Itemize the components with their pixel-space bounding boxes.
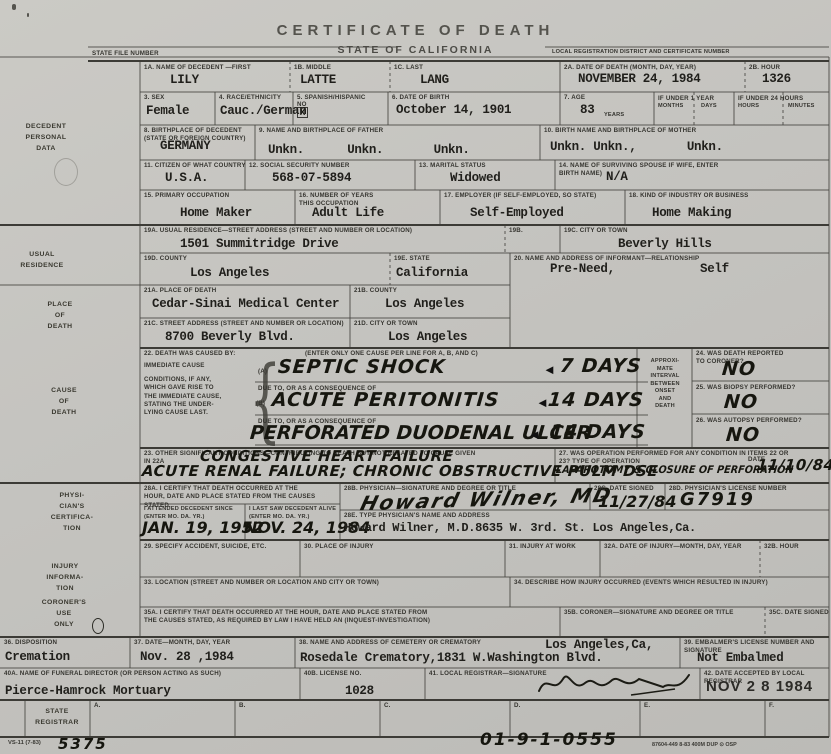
label-1a: 1A. NAME OF DECEDENT —FIRST xyxy=(144,64,251,72)
registrar-cell-d: D. xyxy=(514,702,521,710)
cause-a-interval: 7 DAYS xyxy=(559,355,643,377)
operation-date-value: 11/10/84 xyxy=(756,456,831,474)
label-19d: 19D. COUNTY xyxy=(144,255,187,263)
label-35b: 35B. CORONER—SIGNATURE AND DEGREE OR TIT… xyxy=(564,609,734,617)
label-4: 4. RACE/ETHNICITY xyxy=(219,94,281,102)
ink-specks xyxy=(12,4,16,10)
date-signed-value: 11/27/84 xyxy=(598,492,676,511)
label-1c: 1C. LAST xyxy=(394,64,423,72)
label-3: 3. SEX xyxy=(144,94,164,102)
label-31: 31. INJURY AT WORK xyxy=(509,543,576,551)
section-cause-of-death: CAUSE OF DEATH xyxy=(32,386,96,419)
label-41: 41. LOCAL REGISTRAR—SIGNATURE xyxy=(429,670,547,678)
race-value: Cauc./German xyxy=(220,104,306,118)
mother-name-value: Unkn. Unkn., Unkn. xyxy=(550,140,723,154)
residence-state-value: California xyxy=(396,266,468,280)
informant-relationship-value: Self xyxy=(700,262,729,276)
label-19e: 19E. STATE xyxy=(394,255,430,263)
registrar-cell-f: F. xyxy=(769,702,774,710)
crematory-name-value: Rosedale Crematory,1831 W.Washington Blv… xyxy=(300,651,602,665)
date-of-death: NOVEMBER 24, 1984 xyxy=(578,72,700,86)
decedent-last-name: LANG xyxy=(420,73,449,87)
label-21b: 21B. COUNTY xyxy=(354,287,397,295)
death-county-value: Los Angeles xyxy=(385,297,464,311)
registrar-cell-a: A. xyxy=(94,702,101,710)
label-17: 17. EMPLOYER (IF SELF-EMPLOYED, SO STATE… xyxy=(444,192,596,200)
cause-a-prefix: (A) xyxy=(258,368,267,376)
section-place-of-death: PLACE OF DEATH xyxy=(28,300,92,333)
biopsy-value: NO xyxy=(723,391,759,413)
label-19c: 19C. CITY OR TOWN xyxy=(564,227,628,235)
physician-name-address-value: Howard Wilner, M.D.8635 W. 3rd. St. Los … xyxy=(344,521,696,535)
disposition-value: Cremation xyxy=(5,650,70,664)
print-code: 87604-449 8-83 400M DUP ⊙ OSP xyxy=(652,742,737,748)
sex-value: Female xyxy=(146,104,189,118)
label-34: 34. DESCRIBE HOW INJURY OCCURRED (EVENTS… xyxy=(514,579,768,587)
label-29: 29. SPECIFY ACCIDENT, SUICIDE, ETC. xyxy=(144,543,267,551)
death-street-value: 8700 Beverly Blvd. xyxy=(165,330,295,344)
label-6: 6. DATE OF BIRTH xyxy=(392,94,449,102)
section-injury-information: INJURY INFORMA- TION xyxy=(26,562,104,595)
death-city-value: Los Angeles xyxy=(388,330,467,344)
label-36: 36. DISPOSITION xyxy=(4,639,57,647)
physician-license-value: G7919 xyxy=(680,489,755,510)
label-32a: 32A. DATE OF INJURY—MONTH, DAY, YEAR xyxy=(604,543,742,551)
label-22: 22. DEATH WAS CAUSED BY: xyxy=(144,350,236,358)
age-value: 83 xyxy=(580,103,594,117)
label-18: 18. KIND OF INDUSTRY OR BUSINESS xyxy=(629,192,749,200)
birthplace-value: GERMANY xyxy=(160,139,210,153)
informant-value: Pre-Need, xyxy=(550,262,615,276)
registrar-cell-c: C. xyxy=(384,702,391,710)
cause-b-prefix: (B) xyxy=(256,400,265,408)
label-immediate-cause: IMMEDIATE CAUSE xyxy=(144,362,205,370)
label-11: 11. CITIZEN OF WHAT COUNTRY xyxy=(144,162,246,170)
label-35c: 35C. DATE SIGNED xyxy=(769,609,829,617)
label-40a: 40A. NAME OF FUNERAL DIRECTOR (OR PERSON… xyxy=(4,670,221,678)
label-21a: 21A. PLACE OF DEATH xyxy=(144,287,216,295)
coroner-pen-mark xyxy=(92,618,104,634)
label-37: 37. DATE—MONTH, DAY, YEAR xyxy=(134,639,230,647)
label-months: MONTHS xyxy=(658,103,683,111)
label-35a: 35A. I CERTIFY THAT DEATH OCCURRED AT TH… xyxy=(144,609,544,626)
label-21d: 21D. CITY OR TOWN xyxy=(354,320,418,328)
label-32b: 32B. HOUR xyxy=(764,543,799,551)
label-19b: 19B. xyxy=(509,227,523,235)
state-file-number-label: STATE FILE NUMBER xyxy=(92,50,159,58)
funeral-director-value: Pierce-Hamrock Mortuary xyxy=(5,684,171,698)
label-30: 30. PLACE OF INJURY xyxy=(304,543,374,551)
label-33: 33. LOCATION (STREET AND NUMBER OR LOCAT… xyxy=(144,579,379,587)
date-accepted-stamp: NOV 2 8 1984 xyxy=(706,678,813,695)
reported-to-coroner-value: NO xyxy=(721,358,757,380)
cause-c-interval: 14 DAYS xyxy=(549,421,647,443)
marital-status-value: Widowed xyxy=(450,171,500,185)
label-38: 38. NAME AND ADDRESS OF CEMETERY OR CREM… xyxy=(299,639,481,647)
residence-city-value: Beverly Hills xyxy=(618,237,712,251)
label-28e: 28E. TYPE PHYSICIAN'S NAME AND ADDRESS xyxy=(344,512,490,520)
industry-value: Home Making xyxy=(652,206,731,220)
place-of-death-value: Cedar-Sinai Medical Center xyxy=(152,297,339,311)
cause-b-interval: 14 DAYS xyxy=(547,389,645,411)
residence-street-value: 1501 Summitridge Drive xyxy=(180,237,338,251)
ssn-value: 568-07-5894 xyxy=(272,171,351,185)
decedent-middle-name: LATTE xyxy=(300,73,336,87)
father-name-value: Unkn. Unkn. Unkn. xyxy=(268,143,470,157)
label-5: 5. SPANISH/HISPANIC xyxy=(297,94,366,102)
label-approx-interval: APPROXI- MATE INTERVAL BETWEEN ONSET AND… xyxy=(640,358,690,411)
occupation-value: Home Maker xyxy=(180,206,252,220)
cause-b-value: ACUTE PERITONITIS xyxy=(271,389,500,411)
death-certificate-scan: CERTIFICATE OF DEATH STATE OF CALIFORNIA… xyxy=(0,0,831,754)
hour-of-death: 1326 xyxy=(762,72,791,86)
section-usual-residence: USUAL RESIDENCE xyxy=(4,250,80,272)
label-15: 15. PRIMARY OCCUPATION xyxy=(144,192,229,200)
registrar-signature xyxy=(535,667,695,699)
label-7: 7. AGE xyxy=(564,94,585,102)
label-days: DAYS xyxy=(701,103,717,111)
date-of-birth-value: October 14, 1901 xyxy=(396,103,511,117)
registrar-cell-b: B. xyxy=(239,702,246,710)
cause-c-arrow-icon: ◄ xyxy=(528,428,541,441)
disposition-date-value: Nov. 28 ,1984 xyxy=(140,650,234,664)
section-state-registrar: STATE REGISTRAR xyxy=(26,707,88,729)
label-minutes: MINUTES xyxy=(788,103,815,111)
age-years-unit: YEARS xyxy=(604,112,624,120)
form-number: VS-11 (7-83) xyxy=(8,740,41,746)
handwritten-number-left: 5375 xyxy=(58,735,108,753)
label-9: 9. NAME AND BIRTHPLACE OF FATHER xyxy=(259,127,383,135)
section-physicians-certification: PHYSI- CIAN'S CERTIFICA- TION xyxy=(36,491,108,535)
local-registration-label: LOCAL REGISTRATION DISTRICT AND CERTIFIC… xyxy=(552,49,730,57)
label-10: 10. BIRTH NAME AND BIRTHPLACE OF MOTHER xyxy=(544,127,696,135)
stamp-mark xyxy=(54,158,78,186)
decedent-first-name: LILY xyxy=(170,73,199,87)
crematory-city-value: Los Angeles,Ca, xyxy=(545,638,653,652)
embalmer-value: Not Embalmed xyxy=(697,651,783,665)
cause-a-arrow-icon: ◄ xyxy=(543,363,556,376)
label-21c: 21C. STREET ADDRESS (STREET AND NUMBER O… xyxy=(144,320,344,328)
label-13: 13. MARITAL STATUS xyxy=(419,162,486,170)
license-no-value: 1028 xyxy=(345,684,374,698)
label-hours: HOURS xyxy=(738,103,759,111)
label-14: 14. NAME OF SURVIVING SPOUSE IF WIFE, EN… xyxy=(559,162,718,179)
registrar-cell-e: E. xyxy=(644,702,650,710)
employer-value: Self-Employed xyxy=(470,206,564,220)
citizenship-value: U.S.A. xyxy=(165,171,208,185)
years-occupation-value: Adult Life xyxy=(312,206,384,220)
surviving-spouse-value: N/A xyxy=(606,170,628,184)
residence-county-value: Los Angeles xyxy=(190,266,269,280)
document-title: CERTIFICATE OF DEATH xyxy=(0,22,831,39)
label-40b: 40B. LICENSE NO. xyxy=(304,670,362,678)
label-12: 12. SOCIAL SECURITY NUMBER xyxy=(249,162,350,170)
handwritten-certificate-number: 01-9-1-0555 xyxy=(480,730,618,750)
label-19a: 19A. USUAL RESIDENCE—STREET ADDRESS (STR… xyxy=(144,227,412,235)
section-decedent-personal-data: DECEDENT PERSONAL DATA xyxy=(4,122,88,155)
autopsy-value: NO xyxy=(725,424,761,446)
cause-a-value: SEPTIC SHOCK xyxy=(277,356,447,378)
label-1b: 1B. MIDDLE xyxy=(294,64,331,72)
label-conditions: CONDITIONS, IF ANY, WHICH GAVE RISE TO T… xyxy=(144,376,249,418)
